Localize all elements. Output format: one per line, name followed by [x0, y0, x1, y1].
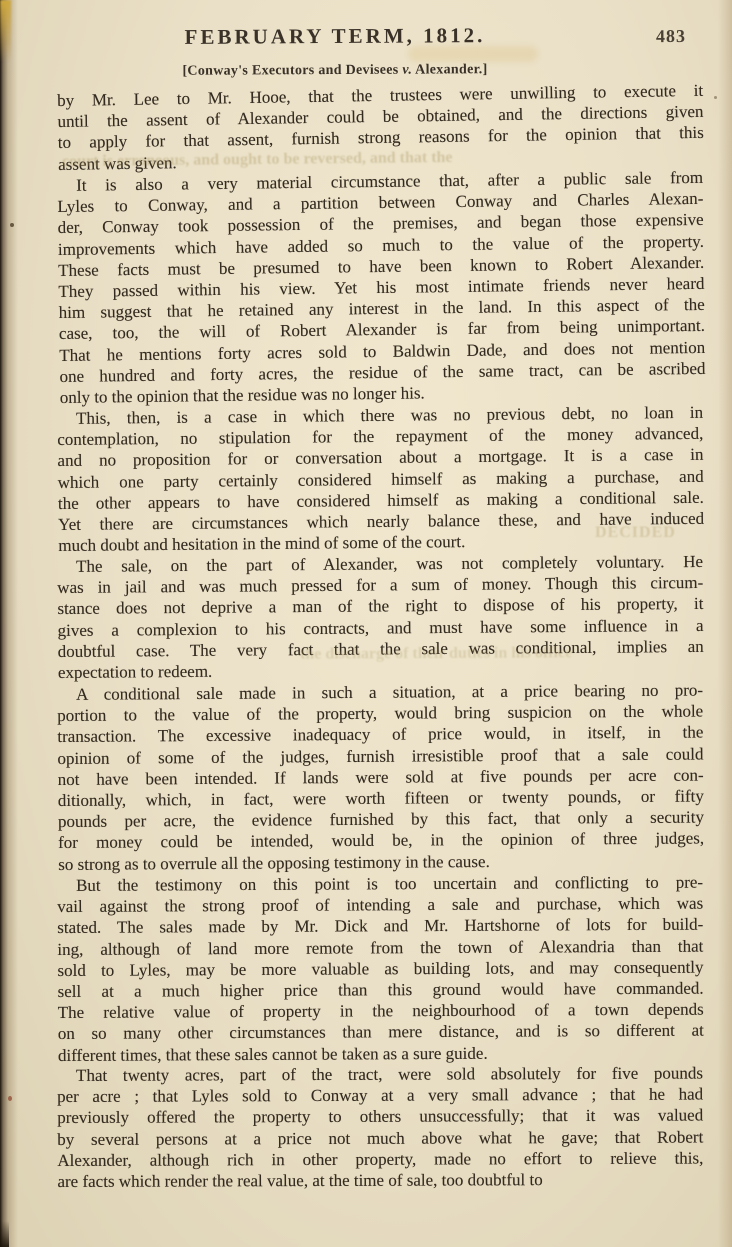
case-caption-versus: v. — [402, 63, 412, 78]
page-number: 483 — [656, 26, 686, 47]
show-through-text: the discharge of their duties in his off… — [300, 644, 572, 663]
text-line: previously offered the property to other… — [57, 1105, 703, 1129]
text-line: sold to Lyles, may be more valuable as b… — [57, 956, 703, 981]
paragraph: But the testimony on this point is too u… — [57, 871, 704, 1065]
text-line: sell at a much higher price than this gr… — [58, 977, 704, 1002]
scanned-book-page: court is erroneous, and ought to be reve… — [0, 0, 732, 1247]
text-line: vail against the strong proof of intendi… — [57, 892, 703, 917]
paragraph: The sale, on the part of Alexander, was … — [57, 551, 704, 683]
case-caption-pre: [Conway's Executors and Devisees — [182, 63, 402, 79]
text-line: by several persons at a price not much a… — [57, 1126, 703, 1150]
opinion-body-text: by Mr. Lee to Mr. Hooe, that the trustee… — [57, 90, 703, 1193]
text-line: are facts which render the real value, a… — [57, 1169, 703, 1193]
page-corner-shadow — [0, 1221, 9, 1247]
show-through-text: DECIDED — [595, 524, 676, 542]
page-corner-stain — [0, 0, 11, 62]
text-line: different times, that these sales cannot… — [58, 1041, 704, 1066]
text-line: ing, although of land more remote from t… — [57, 935, 703, 960]
text-line: The relative value of property in the ne… — [58, 998, 704, 1023]
paragraph: That twenty acres, part of the tract, we… — [57, 1063, 703, 1193]
text-line: so strong as to overrule all the opposin… — [58, 849, 704, 875]
case-caption-post: Alexander.] — [412, 62, 487, 77]
text-line: for money could be intended, would be, i… — [58, 828, 704, 854]
case-caption: [Conway's Executors and Devisees v. Alex… — [0, 61, 670, 81]
text-line: That twenty acres, part of the tract, we… — [57, 1063, 703, 1087]
paragraph: A conditional sale made in such a situat… — [57, 679, 704, 874]
book-gutter-shadow — [0, 0, 18, 1247]
page-edge-shade — [718, 0, 732, 1247]
text-line: stated. The sales made by Mr. Dick and M… — [57, 914, 703, 939]
running-head-term-title: FEBRUARY TERM, 1812. — [0, 22, 670, 51]
paragraph: It is also a very material circumstance … — [57, 167, 706, 408]
paper-smudge — [408, 46, 538, 62]
text-line: on so many other circumstances than mere… — [58, 1020, 704, 1045]
text-line: per acre ; that Lyles sold to Conway at … — [57, 1084, 703, 1108]
text-line: But the testimony on this point is too u… — [57, 871, 703, 896]
text-line: Alexander, although rich in other proper… — [57, 1148, 703, 1172]
ink-speck — [714, 96, 717, 99]
